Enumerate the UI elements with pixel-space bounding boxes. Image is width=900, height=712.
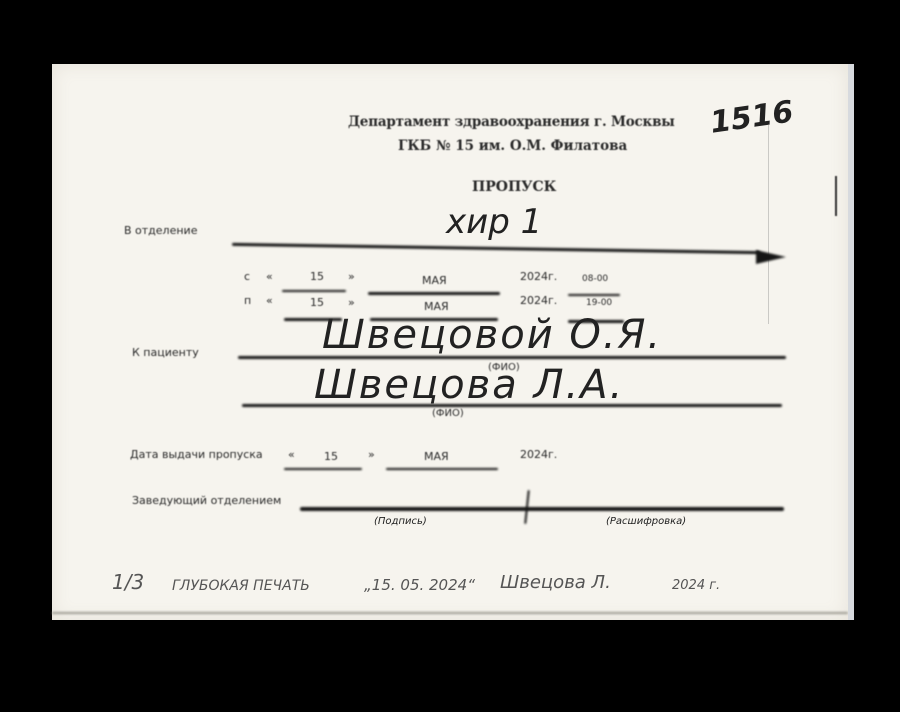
issue-date-label: Дата выдачи пропуска [130, 448, 263, 461]
head-label: Заведующий отделением [132, 494, 281, 507]
pass-document: Департамент здравоохранения г. Москвы ГК… [52, 64, 848, 620]
department-line [232, 243, 760, 254]
to-quote-open: « [266, 294, 273, 307]
to-prefix: п [244, 294, 251, 307]
from-prefix: с [244, 270, 250, 283]
to-time: 19-00 [586, 298, 612, 308]
department-value: хир 1 [446, 202, 542, 242]
from-quote-open: « [266, 270, 273, 283]
from-time-line [568, 294, 620, 296]
from-time: 08-00 [582, 274, 608, 284]
signature-line [300, 507, 784, 511]
issue-year: 2024г. [520, 448, 557, 461]
from-day-line [282, 290, 346, 292]
from-month: МАЯ [422, 274, 447, 287]
hospital-heading: ГКБ № 15 им. О.М. Филатова [398, 138, 627, 154]
issue-day: 15 [324, 450, 338, 463]
to-day: 15 [310, 296, 324, 309]
artwork-title: „15. 05. 2024“ [364, 576, 475, 594]
from-year: 2024г. [520, 270, 557, 283]
decoding-caption: (Расшифровка) [606, 516, 686, 527]
patient-name-1: Швецовой О.Я. [322, 312, 662, 358]
department-heading: Департамент здравоохранения г. Москвы [348, 114, 675, 130]
patient-line-1 [238, 356, 786, 359]
arrow-head-icon [756, 250, 786, 264]
from-day: 15 [310, 270, 324, 283]
patient-caption-2: (ФИО) [432, 408, 464, 419]
document-title: ПРОПУСК [472, 179, 556, 195]
plate-edge [52, 612, 848, 614]
edge-mark [835, 176, 837, 216]
patient-label: К пациенту [132, 346, 199, 359]
patient-line-2 [242, 404, 782, 407]
technique-note: ГЛУБОКАЯ ПЕЧАТЬ [172, 578, 310, 594]
issue-quote-open: « [288, 448, 295, 461]
artwork-year: 2024 г. [672, 578, 720, 593]
edition-number: 1/3 [112, 570, 144, 594]
patient-name-2: Швецова Л.А. [314, 362, 624, 408]
from-month-line [368, 292, 500, 295]
issue-month: МАЯ [424, 450, 449, 463]
from-quote-close: » [348, 270, 355, 283]
fold-line [768, 124, 769, 324]
to-quote-close: » [348, 296, 355, 309]
artist-signature: Швецова Л. [500, 572, 611, 593]
signature-caption: (Подпись) [374, 516, 427, 527]
issue-day-line [284, 468, 362, 470]
issue-quote-close: » [368, 448, 375, 461]
issue-month-line [386, 468, 498, 470]
department-label: В отделение [124, 224, 197, 237]
to-year: 2024г. [520, 294, 557, 307]
pass-number: 1516 [708, 94, 796, 140]
